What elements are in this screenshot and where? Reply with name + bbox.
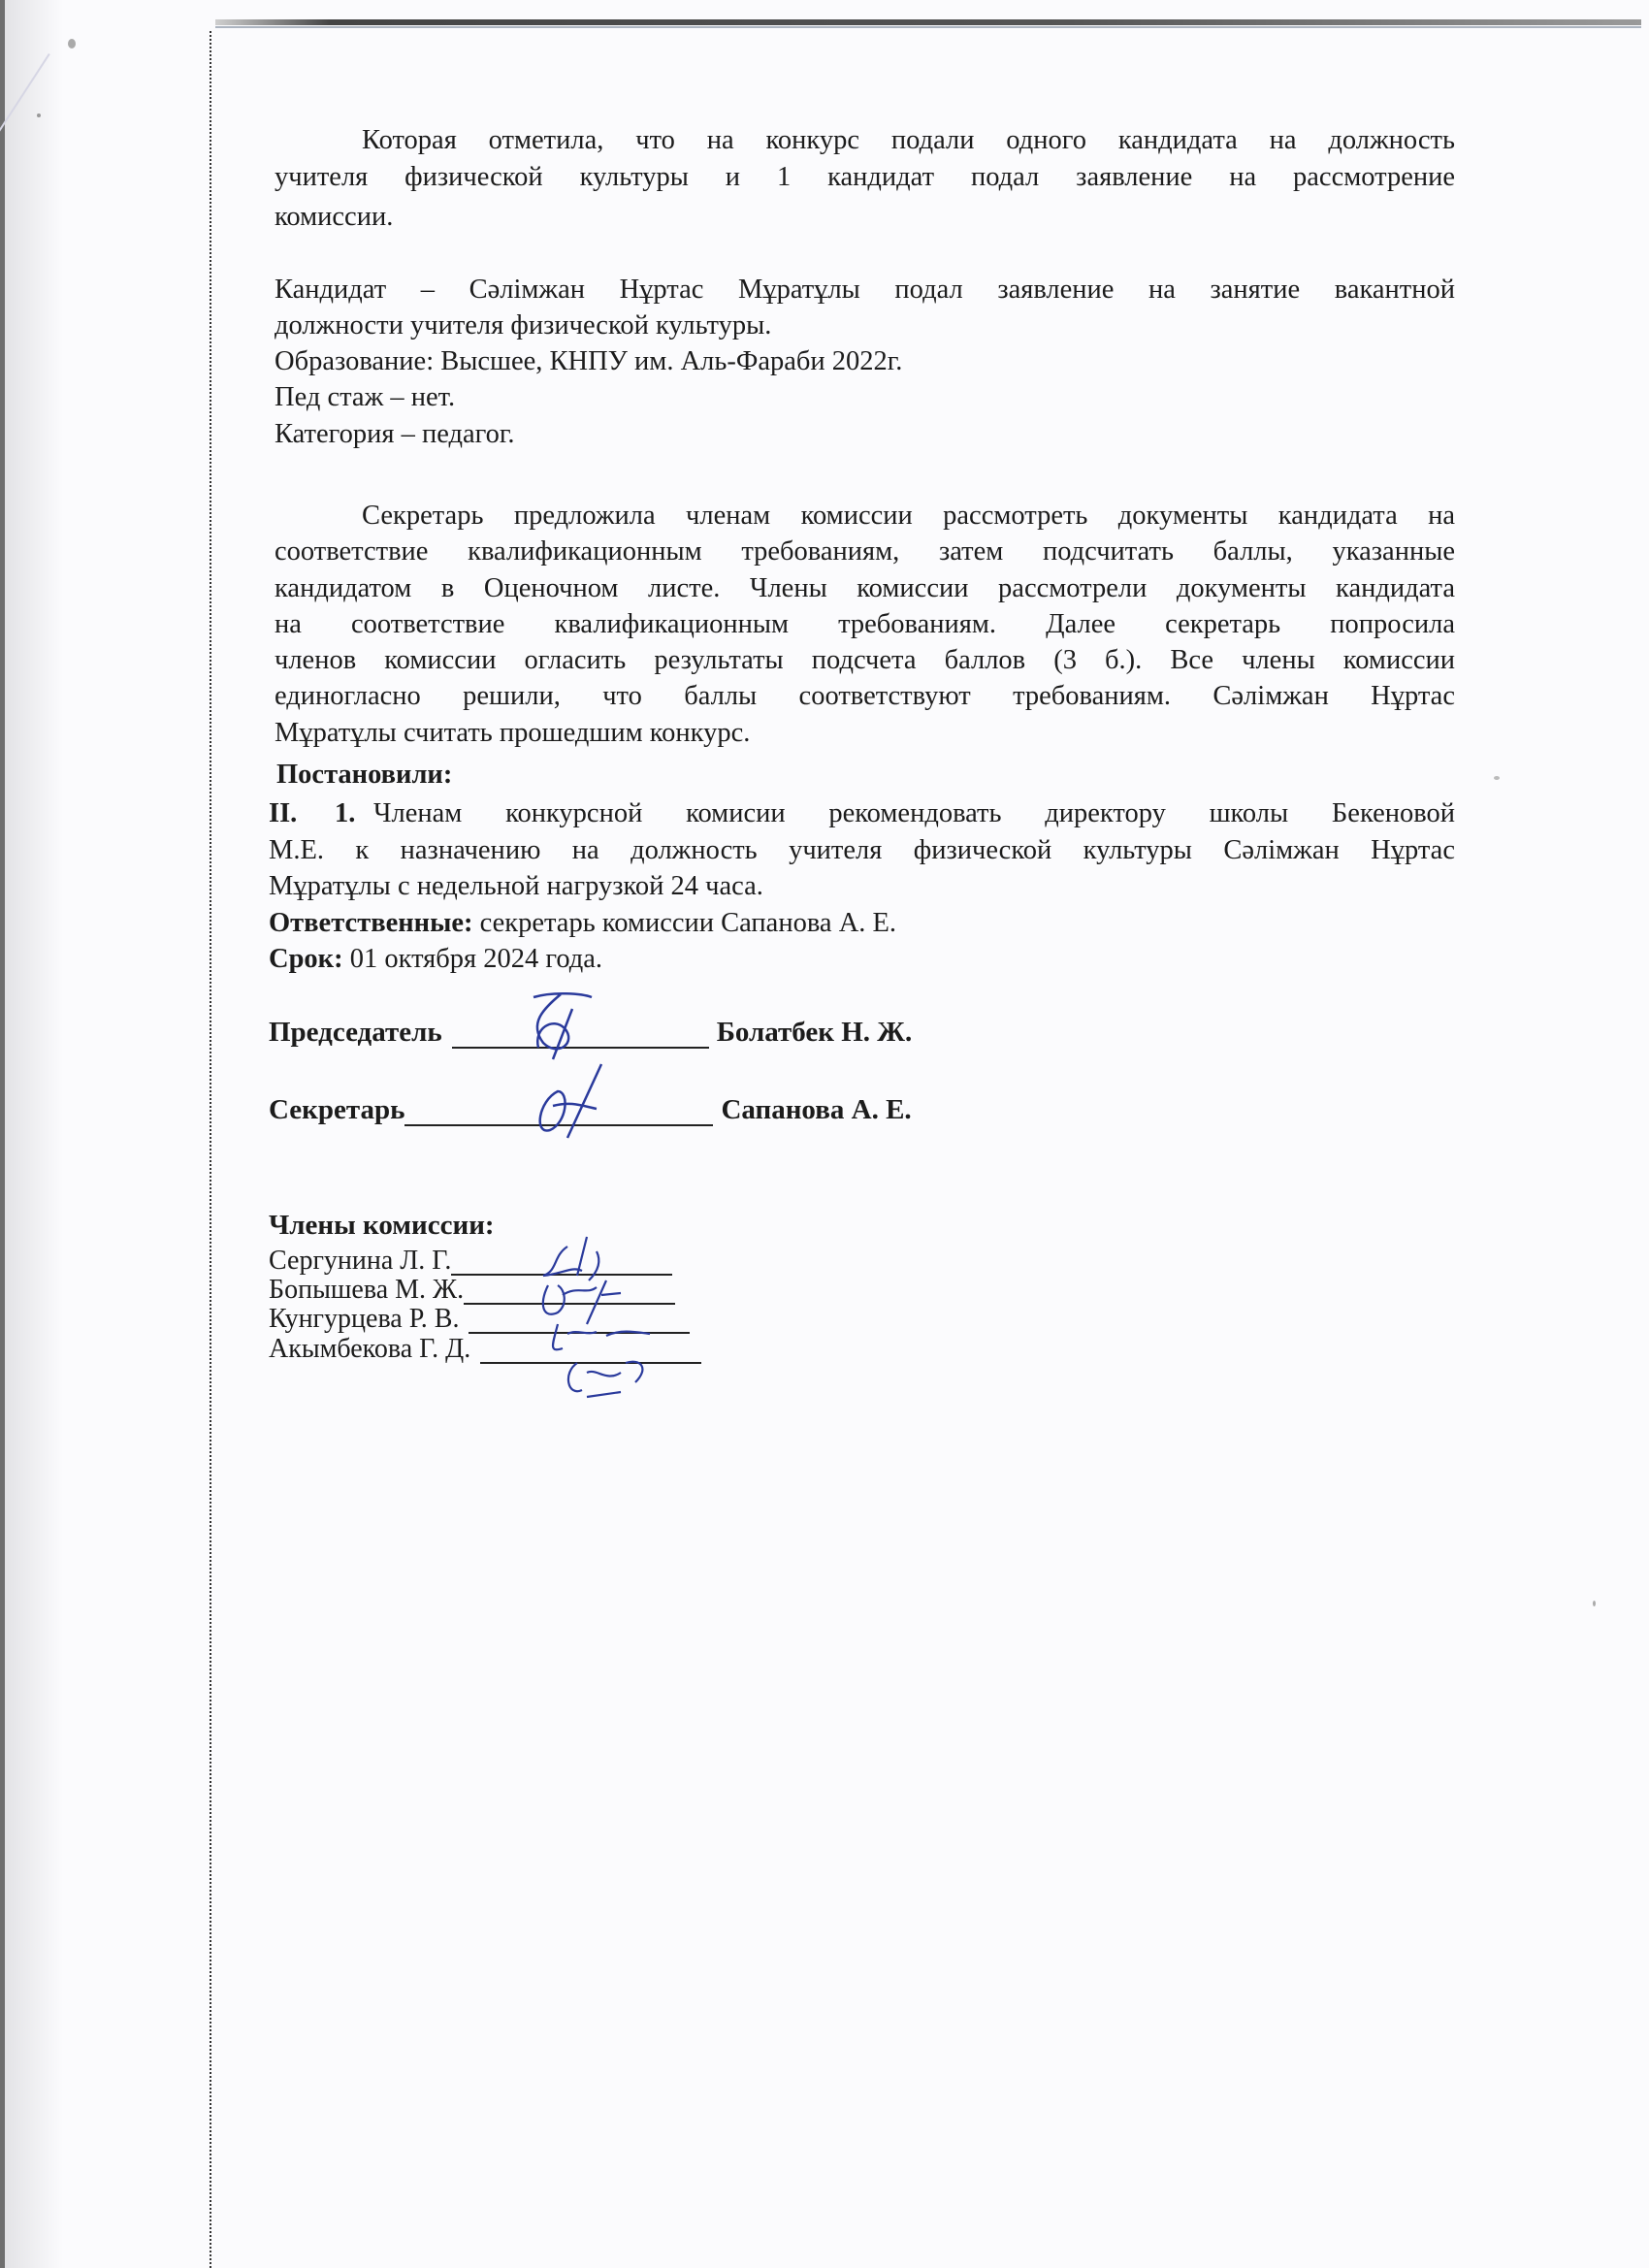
chairman-label: Председатель (269, 1017, 442, 1049)
page-margin-line (210, 31, 211, 2268)
responsible-row: Ответственные: секретарь комиссии Сапано… (269, 905, 896, 941)
member-name: Бопышева М. Ж. (269, 1276, 464, 1305)
candidate-experience: Пед стаж – нет. (275, 379, 455, 415)
secretary-label: Секретарь (269, 1094, 404, 1126)
resolution-line-1: Членам конкурсной комисии рекомендовать … (373, 795, 1455, 831)
responsible-label: Ответственные: (269, 908, 472, 938)
chairman-signature-icon (514, 989, 601, 1062)
deadline-label: Срок: (269, 944, 343, 974)
resolution-section-number: II. (269, 795, 297, 831)
candidate-line-2: должности учителя физической культуры. (275, 308, 771, 343)
intro-line-1: Которая отметила, что на конкурс подали … (275, 122, 1455, 158)
chairman-name: Болатбек Н. Ж. (717, 1017, 913, 1049)
intro-line-2: учителя физической культуры и 1 кандидат… (275, 159, 1455, 195)
member-name: Кунгурцева Р. В. (269, 1305, 459, 1334)
deadline-value: 01 октября 2024 года. (350, 944, 602, 974)
scan-speck (1494, 776, 1500, 780)
candidate-education: Образование: Высшее, КНПУ им. Аль-Фараби… (275, 343, 902, 379)
scan-speck (68, 39, 76, 49)
scan-speck (37, 113, 41, 117)
resolution-line-2: М.Е. к назначению на должность учителя ф… (269, 832, 1455, 868)
scan-top-edge-secondary (215, 26, 1641, 28)
secretary-name: Сапанова А. Е. (721, 1094, 911, 1126)
review-line-1: Секретарь предложила членам комиссии рас… (275, 498, 1455, 534)
scan-speck (1593, 1601, 1596, 1606)
review-line-7: Мұратұлы считать прошедшим конкурс. (275, 715, 750, 751)
candidate-line-1: Кандидат – Сәлімжан Нұртас Мұратұлы пода… (275, 272, 1455, 308)
member-name: Сергунина Л. Г. (269, 1247, 451, 1276)
candidate-category: Категория – педагог. (275, 416, 515, 452)
resolution-line-3: Мұратұлы с недельной нагрузкой 24 часа. (269, 868, 763, 904)
member-name: Акымбекова Г. Д. (269, 1335, 470, 1364)
review-line-2: соответствие квалификационным требования… (275, 534, 1455, 569)
review-line-6: единогласно решили, что баллы соответств… (275, 678, 1455, 714)
members-heading: Члены комиссии: (269, 1208, 495, 1244)
scan-shadow (5, 0, 63, 2268)
secretary-signature-icon (529, 1062, 616, 1140)
resolution-heading: Постановили: (276, 757, 452, 793)
resolution-item-number: 1. (335, 795, 355, 831)
scan-top-edge (215, 19, 1641, 25)
intro-line-3: комиссии. (275, 199, 1455, 235)
review-line-5: членов комиссии огласить результаты подс… (275, 642, 1455, 678)
review-line-3: кандидатом в Оценочном листе. Члены коми… (275, 570, 1455, 606)
member-signatures-icon (529, 1227, 674, 1407)
review-line-4: на соответствие квалификационным требова… (275, 606, 1455, 642)
responsible-value: секретарь комиссии Сапанова А. Е. (480, 908, 896, 938)
deadline-row: Срок: 01 октября 2024 года. (269, 941, 602, 977)
